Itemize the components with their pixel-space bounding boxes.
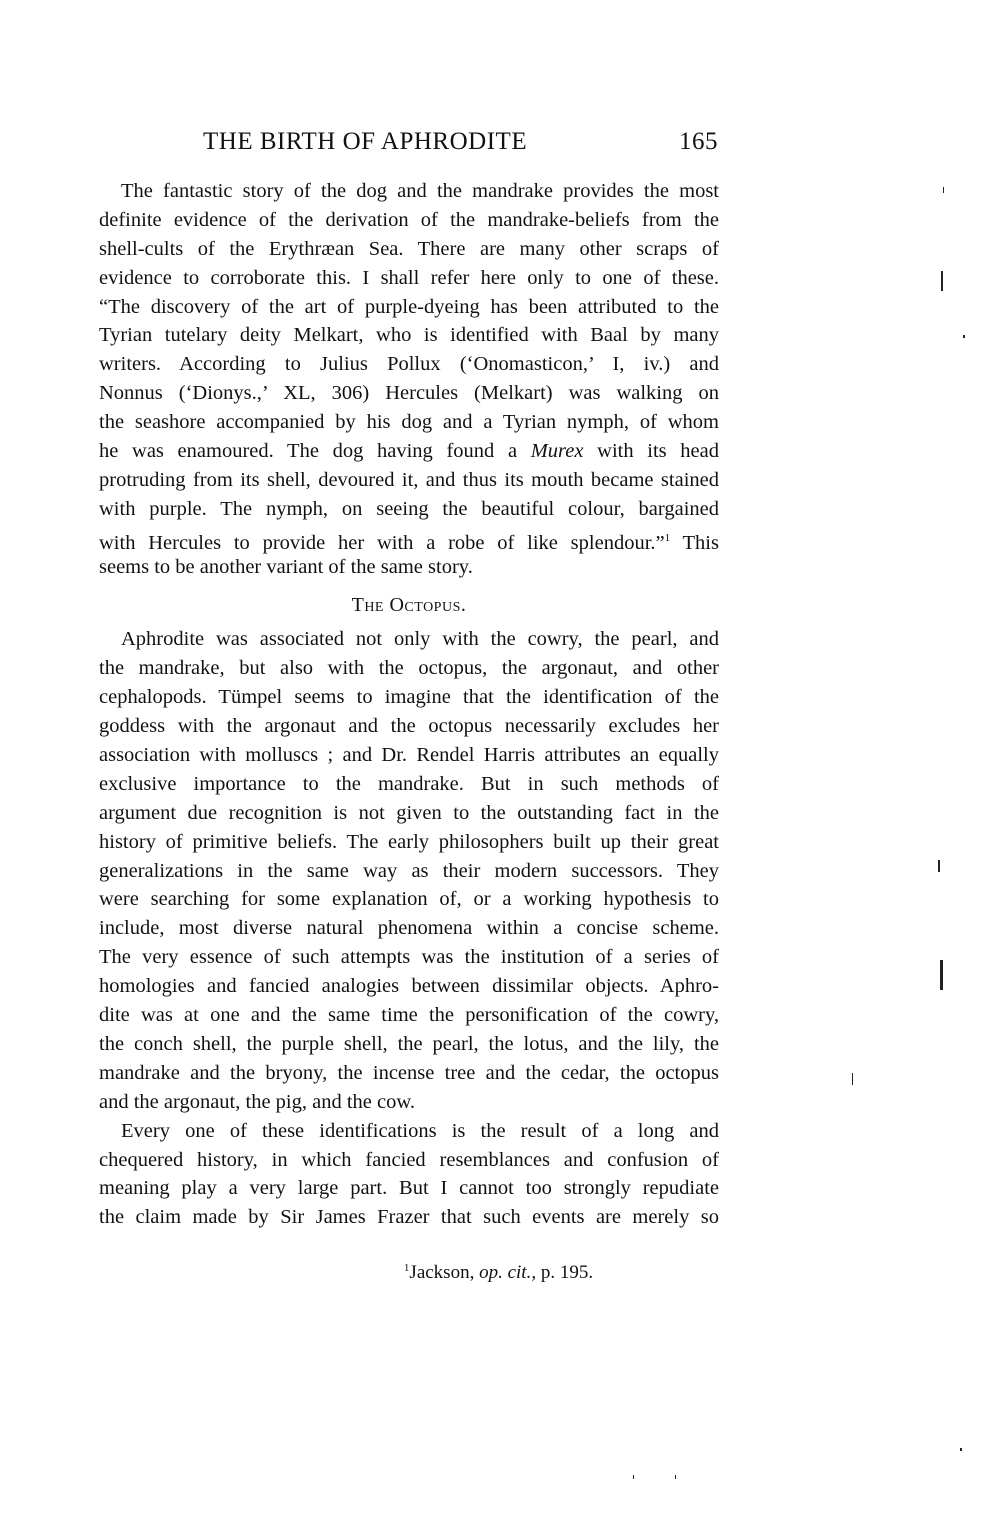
text-line: Tyrian tutelary deity Melkart, who is id… (99, 321, 719, 350)
text-line: chequered history, in which fancied rese… (99, 1146, 719, 1175)
text-line: “The discovery of the art of purple-dyei… (99, 293, 719, 322)
text-line: writers. According to Julius Pollux (‘On… (99, 350, 719, 379)
scan-speck (943, 187, 944, 193)
text-line: Aphrodite was associated not only with t… (99, 625, 719, 654)
text-line: Every one of these identifications is th… (99, 1117, 719, 1146)
text-line: seems to be another variant of the same … (99, 553, 719, 582)
scan-speck (963, 335, 965, 338)
footnote-reference[interactable]: 1 (665, 532, 671, 544)
text-line: with purple. The nymph, on seeing the be… (99, 495, 719, 524)
paragraph-2: Aphrodite was associated not only with t… (99, 625, 719, 1116)
paragraph-1: The fantastic story of the dog and the m… (99, 177, 719, 581)
text-line: cephalopods. Tümpel seems to imagine tha… (99, 683, 719, 712)
italic-murex: Murex (531, 440, 584, 462)
section-heading: The Octopus. (99, 581, 719, 625)
line-end: This (683, 532, 719, 554)
text-line: the seashore accompanied by his dog and … (99, 408, 719, 437)
text-line-murex: he was enamoured. The dog having found a… (99, 437, 719, 466)
scan-speck (941, 271, 943, 291)
text-line: were searching for some explanation of, … (99, 885, 719, 914)
line-start: with Hercules to provide her with a robe… (99, 532, 665, 554)
scan-speck (960, 1448, 962, 1451)
scan-speck (940, 960, 943, 990)
text-line: protruding from its shell, devoured it, … (99, 466, 719, 495)
text-line-footnote-ref: with Hercules to provide her with a robe… (99, 524, 719, 553)
text-line: goddess with the argonaut and the octopu… (99, 712, 719, 741)
text-line: meaning play a very large part. But I ca… (99, 1174, 719, 1203)
text-line: history of primitive beliefs. The early … (99, 828, 719, 857)
text-line: argument due recognition is not given to… (99, 799, 719, 828)
footnote-italic: op. cit., (479, 1262, 536, 1283)
text-line: The very essence of such attempts was th… (99, 943, 719, 972)
scan-speck (938, 860, 940, 872)
text-line: shell-cults of the Erythræan Sea. There … (99, 235, 719, 264)
text-line: the mandrake, but also with the octopus,… (99, 654, 719, 683)
paragraph-3: Every one of these identifications is th… (99, 1117, 719, 1233)
footnote-page-ref: p. 195. (541, 1262, 593, 1283)
running-title: THE BIRTH OF APHRODITE (203, 128, 527, 156)
text-line: homologies and fancied analogies between… (99, 972, 719, 1001)
text-line: include, most diverse natural phenomena … (99, 914, 719, 943)
text-line: and the argonaut, the pig, and the cow. (99, 1088, 719, 1117)
scan-speck (675, 1475, 676, 1479)
text-line: generalizations in the same way as their… (99, 857, 719, 886)
text-line: the claim made by Sir James Frazer that … (99, 1203, 719, 1232)
footnote-author: Jackson, (409, 1262, 474, 1283)
page-number: 165 (679, 128, 718, 156)
line-start: he was enamoured. The dog having found a (99, 440, 517, 462)
text-line: association with molluscs ; and Dr. Rend… (99, 741, 719, 770)
text-line: dite was at one and the same time the pe… (99, 1001, 719, 1030)
text-line: definite evidence of the derivation of t… (99, 206, 719, 235)
text-line: the conch shell, the purple shell, the p… (99, 1030, 719, 1059)
line-end: with its head (597, 440, 719, 462)
text-line: The fantastic story of the dog and the m… (99, 177, 719, 206)
text-line: Nonnus (‘Dionys.,’ XL, 306) Hercules (Me… (99, 379, 719, 408)
text-line: mandrake and the bryony, the incense tre… (99, 1059, 719, 1088)
footnote: 1Jackson, op. cit., p. 195. (0, 1262, 997, 1284)
scan-speck (852, 1073, 853, 1085)
running-head: THE BIRTH OF APHRODITE 165 (203, 128, 718, 162)
body-text: The fantastic story of the dog and the m… (99, 177, 719, 1232)
text-line: evidence to corroborate this. I shall re… (99, 264, 719, 293)
scan-speck (633, 1475, 634, 1479)
text-line: exclusive importance to the mandrake. Bu… (99, 770, 719, 799)
